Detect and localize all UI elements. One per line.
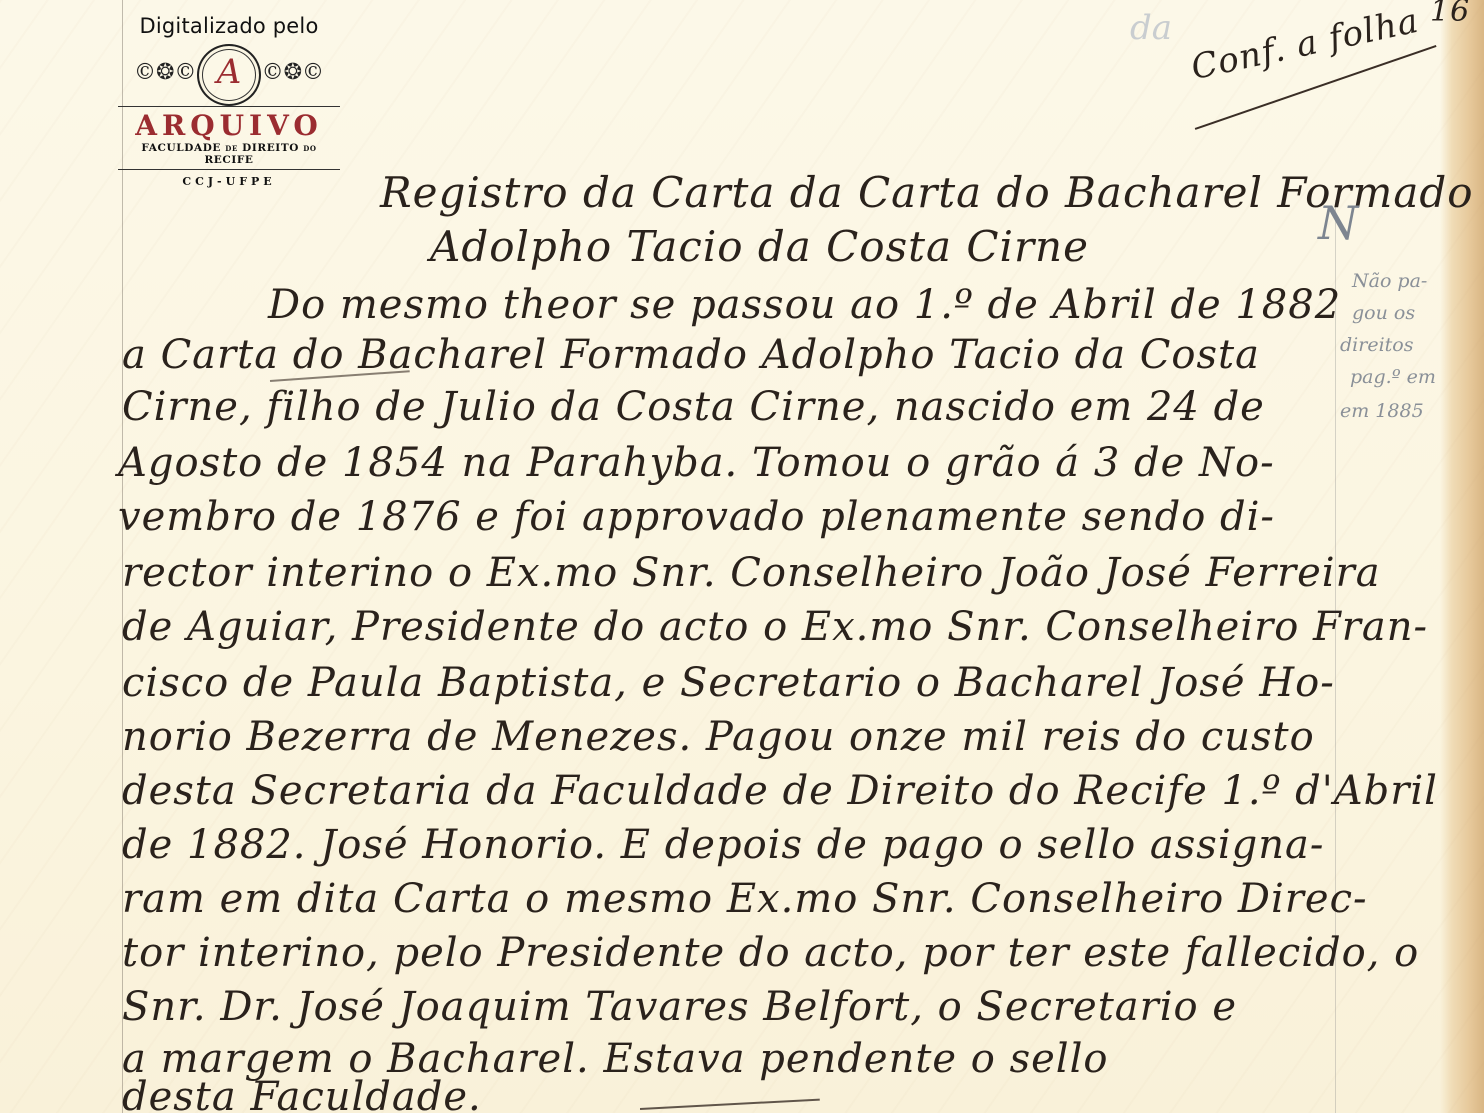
body-line-6: rector interino o Ex.mo Snr. Conselheiro…	[122, 550, 1381, 596]
margin-letter-n: N	[1318, 196, 1358, 250]
margin-pencil-note-line: gou os	[1352, 302, 1415, 324]
archive-title: ARQUIVO	[116, 109, 342, 142]
emblem-letter: A	[217, 52, 242, 92]
page-number: 16	[1430, 0, 1470, 29]
body-line-13: tor interino, pelo Presidente do acto, p…	[122, 930, 1419, 976]
left-scroll-ornament-icon: ©❂©	[134, 62, 196, 84]
body-line-9: norio Bezerra de Menezes. Pagou onze mil…	[122, 714, 1315, 760]
digitized-by-label: Digitalizado pelo	[116, 14, 342, 38]
subtitle-word: RECIFE	[204, 154, 253, 166]
body-line-2: a Carta do Bacharel Formado Adolpho Taci…	[122, 332, 1260, 378]
margin-pencil-note-line: em 1885	[1340, 400, 1424, 422]
margin-pencil-note-line: Não pa-	[1352, 270, 1427, 292]
institution-label: CCJ-UFPE	[116, 175, 342, 188]
right-scroll-ornament-icon: ©❂©	[262, 62, 324, 84]
body-line-8: cisco de Paula Baptista, e Secretario o …	[122, 660, 1335, 706]
emblem: ©❂© A ©❂©	[116, 44, 342, 100]
margin-pencil-note-line: direitos	[1340, 334, 1413, 356]
document-title-line-1: Registro da Carta da Carta do Bacharel F…	[380, 168, 1474, 217]
body-line-4: Agosto de 1854 na Parahyba. Tomou o grão…	[118, 440, 1275, 486]
faint-bleed-through-text: da	[1130, 8, 1172, 48]
body-line-11: de 1882. José Honorio. E depois de pago …	[122, 822, 1324, 868]
faculty-subtitle: FACULDADE DE DIREITO DO RECIFE	[116, 142, 342, 166]
logo-divider	[118, 169, 340, 170]
archive-watermark-logo: Digitalizado pelo ©❂© A ©❂© ARQUIVO FACU…	[116, 14, 342, 188]
body-line-3: Cirne, filho de Julio da Costa Cirne, na…	[122, 384, 1265, 430]
subtitle-word: FACULDADE	[141, 142, 221, 154]
subtitle-word: DE	[225, 144, 238, 153]
logo-divider	[118, 106, 340, 107]
document-title-line-2: Adolpho Tacio da Costa Cirne	[430, 222, 1089, 271]
body-line-7: de Aguiar, Presidente do acto o Ex.mo Sn…	[122, 604, 1428, 650]
body-line-5: vembro de 1876 e foi approvado plenament…	[118, 494, 1275, 540]
body-line-14: Snr. Dr. José Joaquim Tavares Belfort, o…	[122, 984, 1237, 1030]
subtitle-word: DIREITO	[242, 142, 299, 154]
body-line-1: Do mesmo theor se passou ao 1.º de Abril…	[268, 282, 1341, 328]
margin-pencil-note-line: pag.º em	[1350, 366, 1436, 388]
right-margin-rule	[1335, 200, 1336, 1113]
body-line-10: desta Secretaria da Faculdade de Direito…	[122, 768, 1438, 814]
body-line-12: ram em dita Carta o mesmo Ex.mo Snr. Con…	[122, 876, 1368, 922]
subtitle-word: DO	[303, 144, 316, 153]
body-line-16: desta Faculdade.	[122, 1074, 482, 1113]
